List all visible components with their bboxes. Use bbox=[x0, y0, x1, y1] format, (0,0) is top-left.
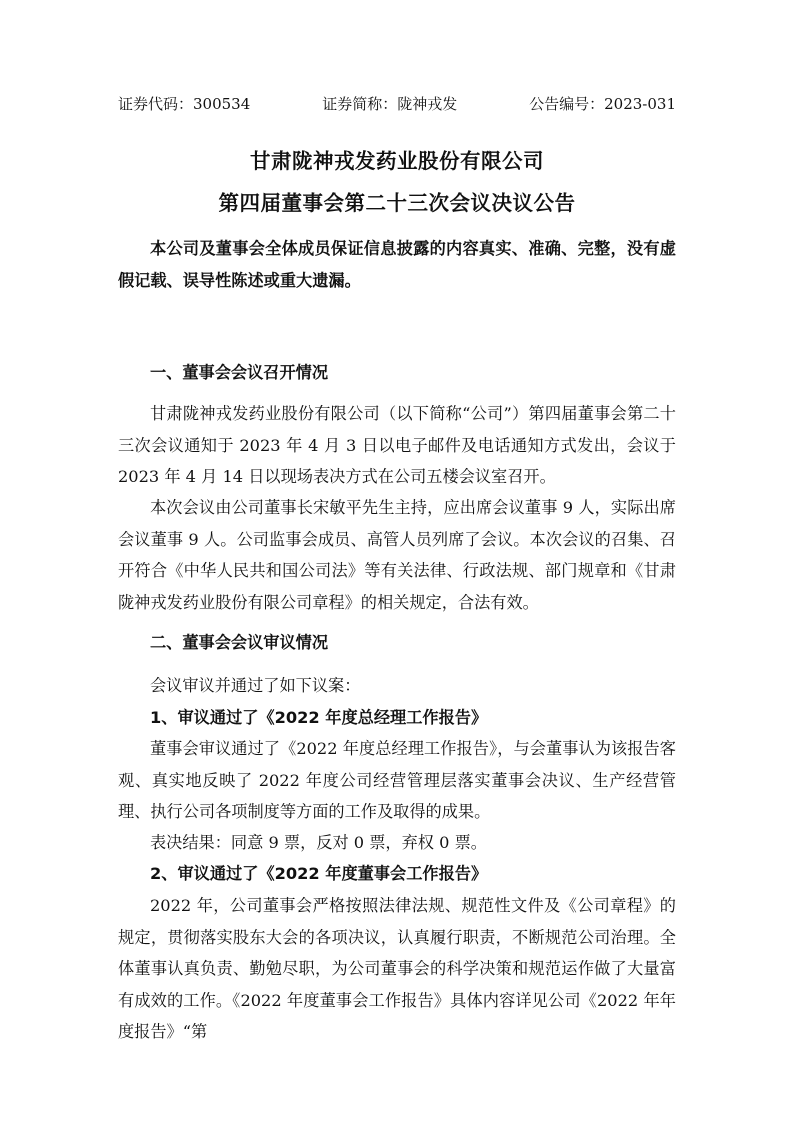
paragraph-meeting-notice: 甘肃陇神戎发药业股份有限公司（以下简称“公司”）第四届董事会第二十三次会议通知于… bbox=[118, 398, 676, 493]
announcement-number: 公告编号：2023-031 bbox=[529, 93, 676, 114]
disclosure-statement: 本公司及董事会全体成员保证信息披露的内容真实、准确、完整，没有虚假记载、误导性陈… bbox=[118, 233, 676, 296]
announcement-title: 第四届董事会第二十三次会议决议公告 bbox=[118, 186, 676, 216]
section-heading-meeting-review: 二、董事会会议审议情况 bbox=[118, 627, 708, 659]
document-header: 证券代码：300534 证券简称：陇神戎发 公告编号：2023-031 bbox=[118, 93, 676, 114]
resolution-body-1: 董事会审议通过了《2022 年度总经理工作报告》，与会董事认为该报告客观、真实地… bbox=[118, 733, 676, 828]
resolution-body-2: 2022 年，公司董事会严格按照法律法规、规范性文件及《公司章程》的规定，贯彻落… bbox=[118, 890, 676, 1048]
company-title: 甘肃陇神戎发药业股份有限公司 bbox=[118, 144, 676, 174]
resolution-title-1: 1、审议通过了《2022 年度总经理工作报告》 bbox=[118, 702, 708, 734]
section-heading-meeting-convening: 一、董事会会议召开情况 bbox=[118, 357, 708, 389]
paragraph-review-intro: 会议审议并通过了如下议案： bbox=[118, 670, 676, 702]
paragraph-meeting-attendance: 本次会议由公司董事长宋敏平先生主持，应出席会议董事 9 人，实际出席会议董事 9… bbox=[118, 492, 676, 618]
resolution-title-2: 2、审议通过了《2022 年度董事会工作报告》 bbox=[118, 858, 708, 890]
vote-result-1: 表决结果：同意 9 票，反对 0 票，弃权 0 票。 bbox=[118, 827, 676, 859]
stock-code: 证券代码：300534 bbox=[118, 93, 250, 114]
stock-abbreviation: 证券简称：陇神戎发 bbox=[322, 93, 457, 114]
